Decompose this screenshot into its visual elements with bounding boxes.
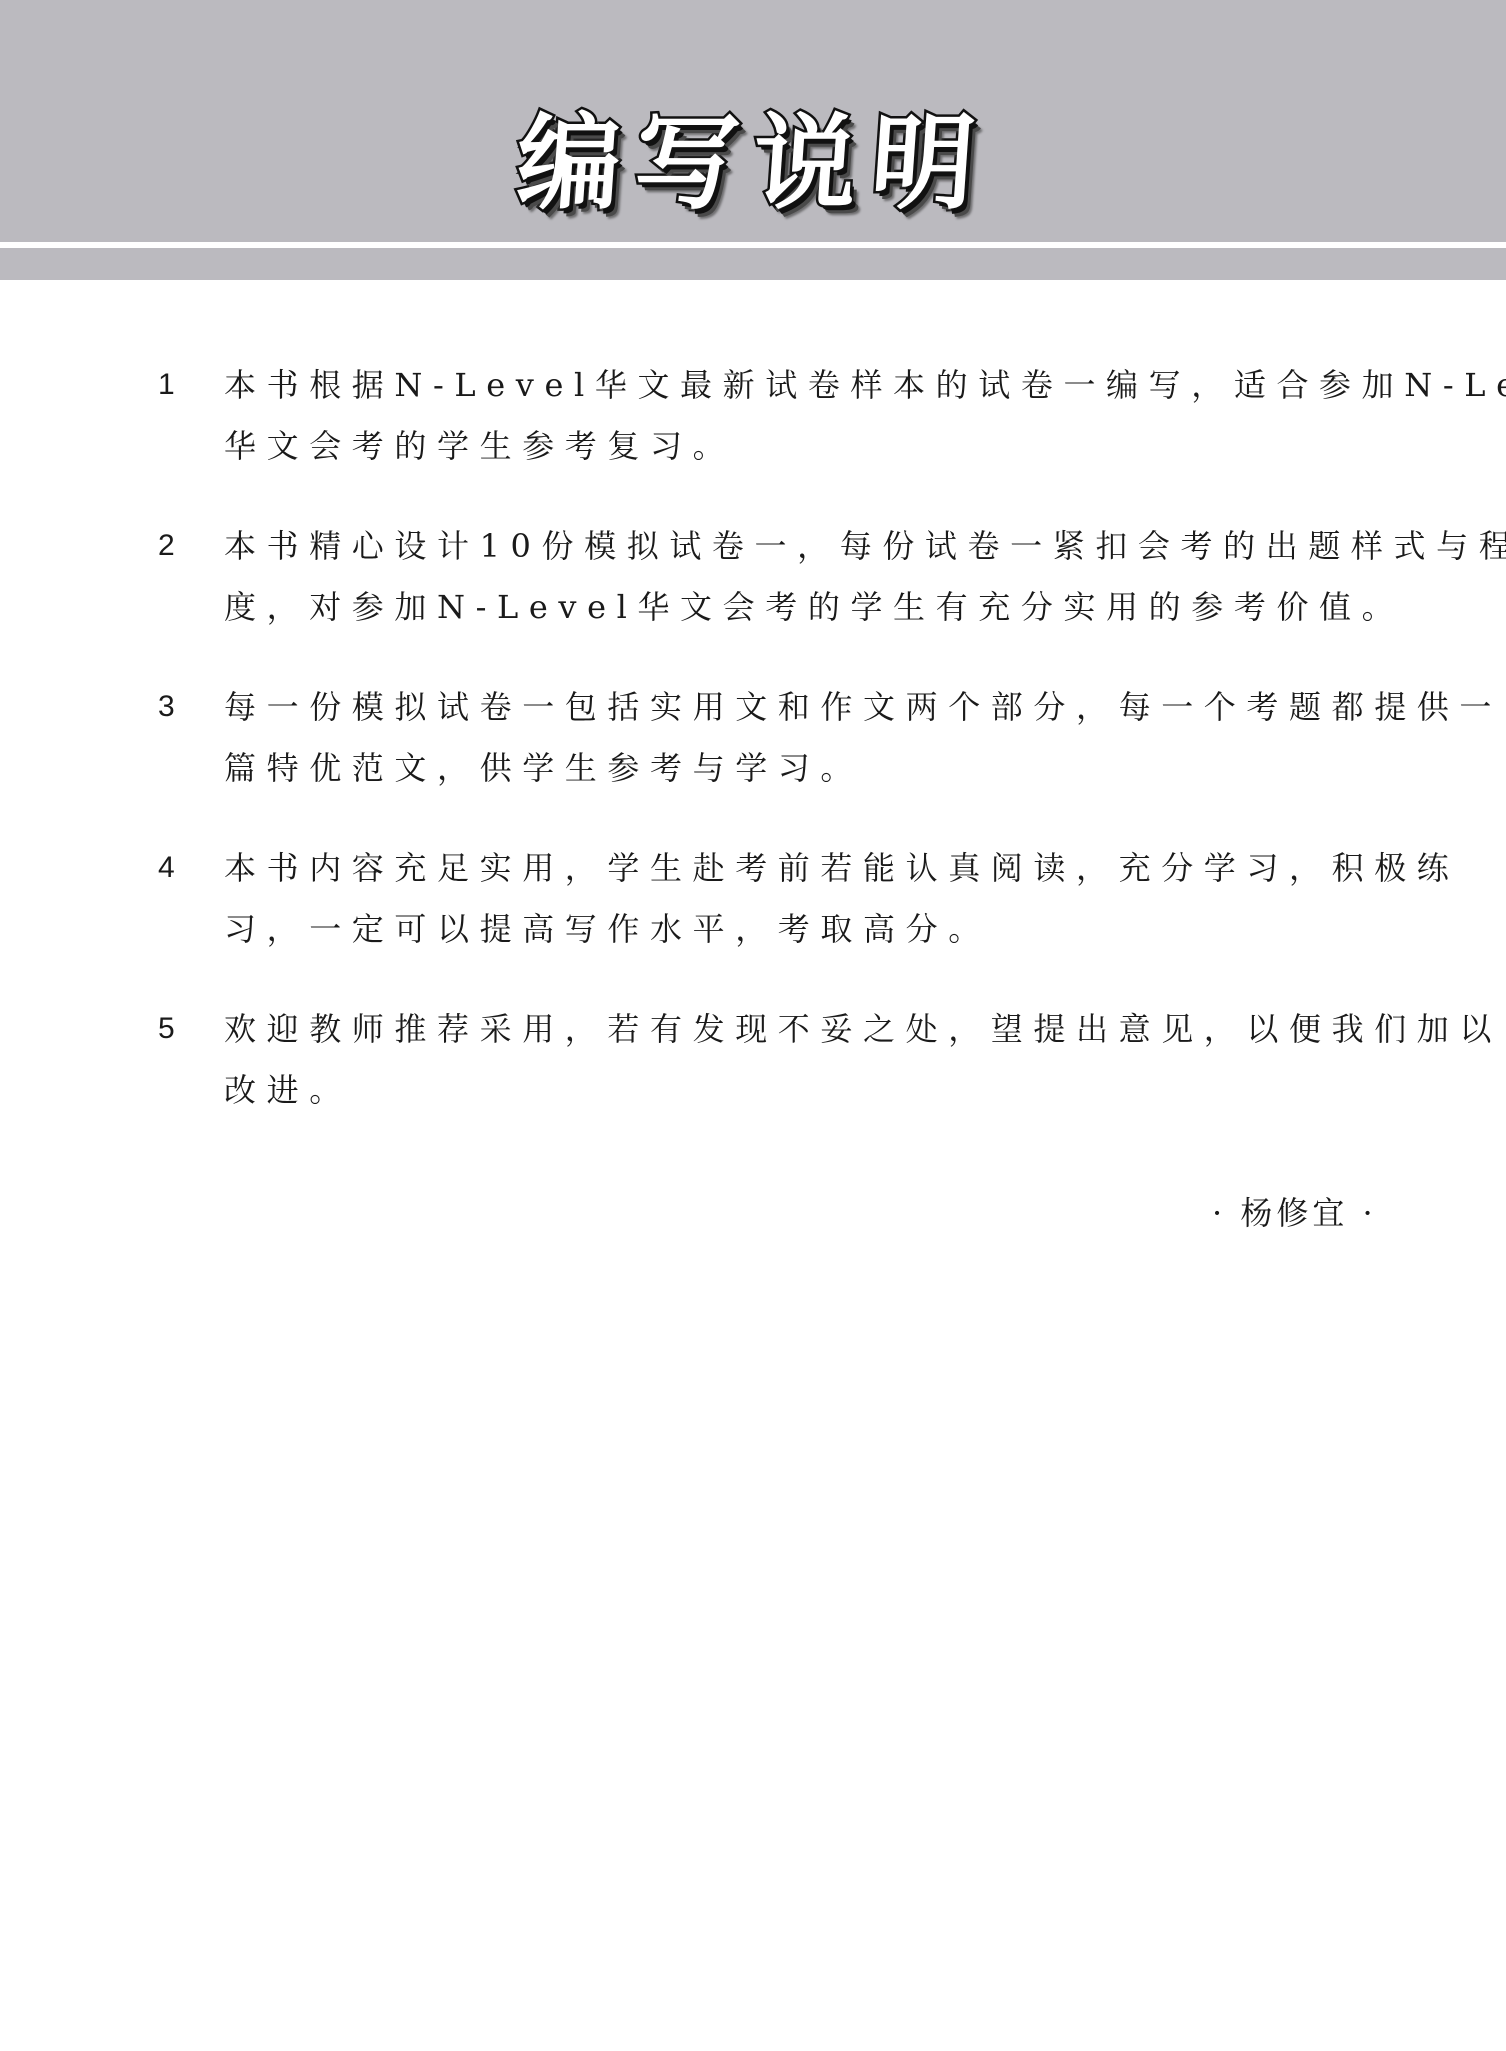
item-text-line: 欢迎教师推荐采用，若有发现不妥之处，望提出意见，以便我们加以 bbox=[224, 1012, 1404, 1046]
header-band-lower bbox=[0, 248, 1506, 280]
item-number: 4 bbox=[158, 851, 175, 885]
item-number: 1 bbox=[158, 368, 175, 402]
author-signature: · 杨修宜 · bbox=[1212, 1194, 1377, 1232]
item-number: 5 bbox=[158, 1012, 175, 1046]
item-text-line: 每一份模拟试卷一包括实用文和作文两个部分，每一个考题都提供一 bbox=[224, 690, 1404, 724]
item-text-line: 篇特优范文，供学生参考与学习。 bbox=[224, 751, 1404, 785]
item-text-line: 华文会考的学生参考复习。 bbox=[224, 429, 1404, 463]
item-text-line: 习，一定可以提高写作水平，考取高分。 bbox=[224, 912, 1404, 946]
item-text-line: 本书精心设计10份模拟试卷一，每份试卷一紧扣会考的出题样式与程 bbox=[224, 529, 1404, 563]
page-title: 编写说明 bbox=[0, 98, 1506, 228]
item-number: 3 bbox=[158, 690, 175, 724]
item-text-line: 改进。 bbox=[224, 1073, 1404, 1107]
item-number: 2 bbox=[158, 529, 175, 563]
item-text-line: 本书根据N-Level华文最新试卷样本的试卷一编写，适合参加N-Level bbox=[224, 368, 1404, 402]
item-text-line: 度，对参加N-Level华文会考的学生有充分实用的参考价值。 bbox=[224, 590, 1404, 624]
item-text-line: 本书内容充足实用，学生赴考前若能认真阅读，充分学习，积极练 bbox=[224, 851, 1404, 885]
